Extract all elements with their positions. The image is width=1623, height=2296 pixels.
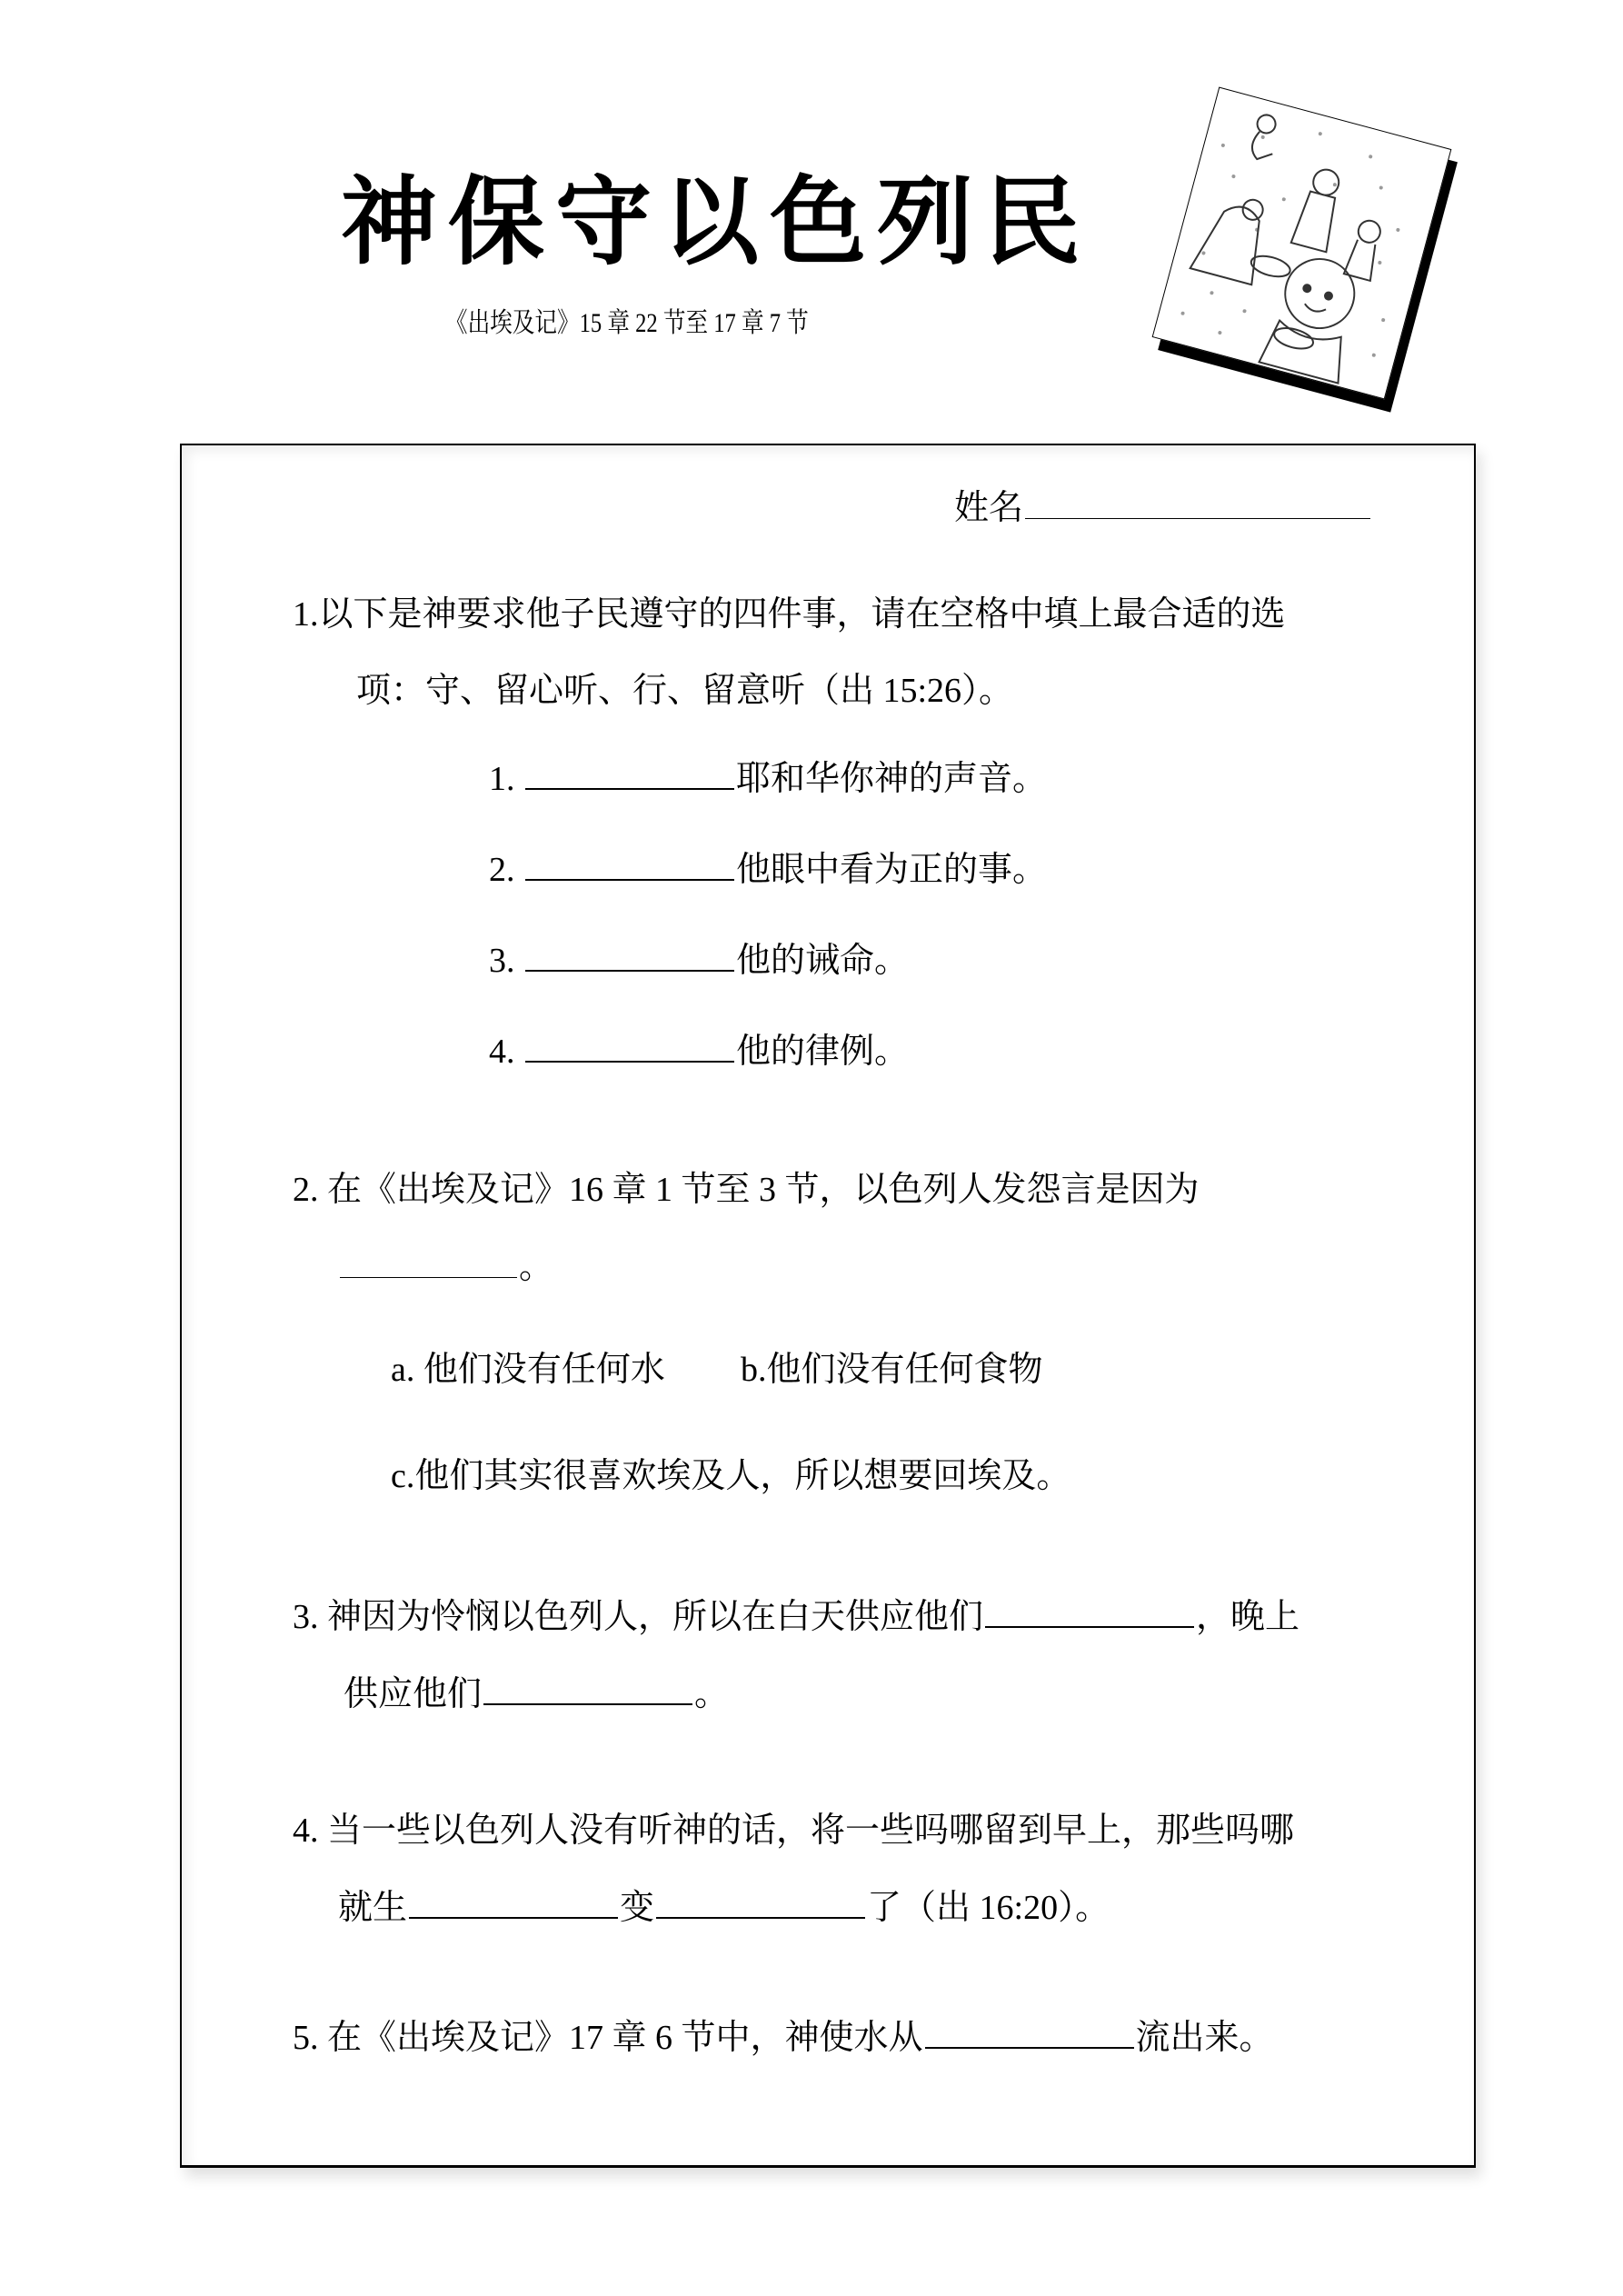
q2-prompt-line1: 2. 在《出埃及记》16 章 1 节至 3 节，以色列人发怨言是因为 [293, 1168, 1200, 1212]
name-input[interactable] [1025, 491, 1370, 519]
q2-option-b: b.他们没有任何食物 [741, 1348, 1043, 1392]
q1-item-2: 2. 他眼中看为正的事。 [489, 848, 1047, 892]
q1-item-text: 他的律例。 [736, 1033, 909, 1071]
page-title: 神保守以色列民 [341, 164, 1031, 282]
q1-answer-blank-1[interactable] [525, 757, 734, 790]
q4-line2-start: 就生 [338, 1889, 407, 1927]
manna-illustration [1152, 87, 1452, 400]
q3-prompt-line1: 3. 神因为怜悯以色列人，所以在白天供应他们，晚上 [293, 1595, 1299, 1639]
q3-text-start: 3. 神因为怜悯以色列人，所以在白天供应他们 [293, 1598, 983, 1636]
q3-line2-start: 供应他们 [344, 1675, 482, 1713]
scripture-reference: 《出埃及记》15 章 22 节至 17 章 7 节 [445, 305, 809, 342]
q1-item-text: 他的诫命。 [736, 942, 909, 980]
name-label: 姓名 [954, 489, 1023, 527]
q4-prompt-line2: 就生变了（出 16:20）。 [338, 1886, 1110, 1930]
q5-text-start: 5. 在《出埃及记》17 章 6 节中，神使水从 [293, 2019, 923, 2057]
q1-item-number: 1. [489, 760, 515, 798]
q2-period: 。 [519, 1248, 553, 1286]
q2-answer-blank[interactable] [340, 1252, 517, 1278]
q1-item-number: 3. [489, 942, 515, 980]
q5-prompt: 5. 在《出埃及记》17 章 6 节中，神使水从流出来。 [293, 2016, 1274, 2060]
q5-text-end: 流出来。 [1136, 2019, 1274, 2057]
q4-prompt-line1: 4. 当一些以色列人没有听神的话，将一些吗哪留到早上，那些吗哪 [293, 1809, 1294, 1852]
q1-item-number: 2. [489, 851, 515, 889]
q1-answer-blank-2[interactable] [525, 848, 734, 881]
q1-prompt-line2: 项：守、留心听、行、留意听（出 15:26）。 [356, 669, 1013, 713]
q3-text-end: ，晚上 [1196, 1598, 1299, 1636]
q2-option-c: c.他们其实很喜欢埃及人，所以想要回埃及。 [391, 1454, 1070, 1498]
q2-prompt-line2: 。 [338, 1245, 553, 1289]
q1-item-text: 耶和华你神的声音。 [736, 760, 1047, 798]
q3-day-answer-blank[interactable] [985, 1595, 1194, 1628]
q3-line2-end: 。 [694, 1675, 729, 1713]
q3-prompt-line2: 供应他们。 [344, 1672, 729, 1716]
q4-answer-blank-1[interactable] [409, 1886, 618, 1919]
q2-option-a: a. 他们没有任何水 [391, 1348, 665, 1392]
q5-answer-blank[interactable] [925, 2016, 1134, 2049]
q1-item-text: 他眼中看为正的事。 [736, 851, 1047, 889]
q4-line2-end: 了（出 16:20）。 [867, 1889, 1110, 1927]
q1-answer-blank-4[interactable] [525, 1030, 734, 1063]
q1-answer-blank-3[interactable] [525, 939, 734, 972]
q1-item-4: 4. 他的律例。 [489, 1030, 909, 1073]
q4-answer-blank-2[interactable] [656, 1886, 865, 1919]
name-row: 姓名 [954, 486, 1372, 530]
q3-night-answer-blank[interactable] [483, 1672, 692, 1705]
q1-item-3: 3. 他的诫命。 [489, 939, 909, 983]
q4-line2-mid: 变 [620, 1889, 654, 1927]
q1-prompt-line1: 1.以下是神要求他子民遵守的四件事，请在空格中填上最合适的选 [293, 593, 1286, 636]
q1-item-1: 1. 耶和华你神的声音。 [489, 757, 1047, 801]
q1-item-number: 4. [489, 1033, 515, 1071]
